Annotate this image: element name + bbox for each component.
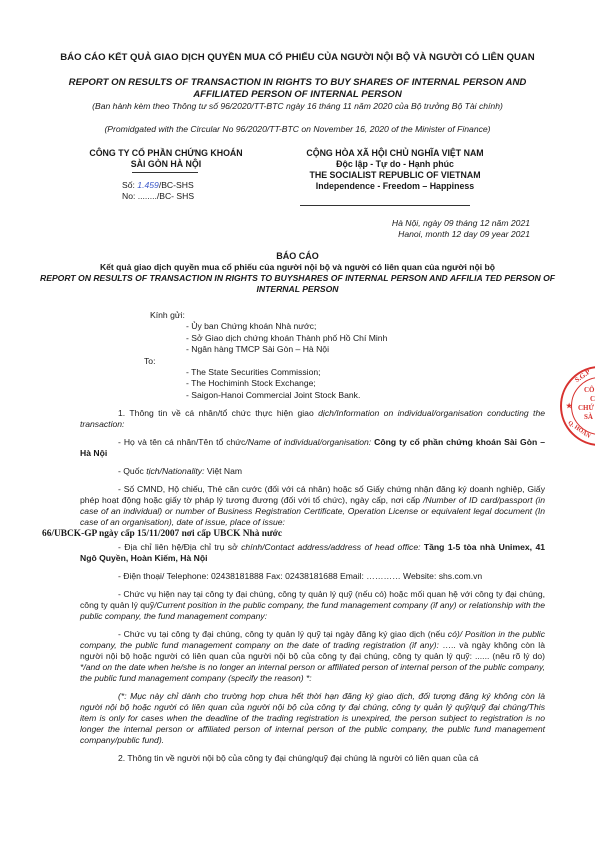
field-current-position: - Chức vụ hiện nay tại công ty đại chúng… [80, 589, 545, 622]
recipient-en: - The State Securities Commission; [150, 367, 387, 378]
report-subtitle-en: REPORT ON RESULTS OF TRANSACTION IN RIGH… [40, 273, 555, 295]
company-name: CÔNG TY CỔ PHẦN CHỨNG KHOÁN SÀI GÒN HÀ N… [86, 148, 246, 170]
footnote: (*: Mục này chỉ dành cho trường hợp chưa… [80, 691, 545, 746]
republic-header: CỘNG HÒA XÃ HỘI CHỦ NGHĨA VIỆT NAM Độc l… [280, 148, 510, 192]
document-number: Số: 1.459/BC-SHS No: ......../BC- SHS [122, 180, 194, 202]
republic-name-en: THE SOCIALIST REPUBLIC OF VIETNAM [280, 170, 510, 181]
doc-no-suffix: /BC-SHS [159, 180, 194, 190]
company-divider [132, 172, 198, 173]
report-title-en: REPORT ON RESULTS OF TRANSACTION IN RIGH… [40, 77, 555, 100]
republic-name-vn: CỘNG HÒA XÃ HỘI CHỦ NGHĨA VIỆT NAM [280, 148, 510, 159]
recipient-en: - The Hochiminh Stock Exchange; [150, 378, 387, 389]
recipients: Kính gửi: - Ủy ban Chứng khoán Nhà nước;… [150, 310, 387, 401]
dateline: Hà Nội, ngày 09 tháng 12 năm 2021 Hanoi,… [392, 218, 530, 240]
recipient-vn: - Sở Giao dịch chứng khoán Thành phố Hồ … [150, 333, 387, 344]
date-en: Hanoi, month 12 day 09 year 2021 [392, 229, 530, 240]
doc-no-en: No: ......../BC- SHS [122, 191, 194, 202]
report-subtitle-vn: Kết quả giao dịch quyền mua cổ phiếu của… [40, 262, 555, 273]
stamp-line: C [590, 395, 595, 403]
section-2-intro: 2. Thông tin về người nội bộ của công ty… [80, 753, 545, 764]
recipients-label-vn: Kính gửi: [150, 310, 387, 321]
stamp-line: CÔ [584, 386, 595, 394]
field-id-value: 66/UBCK-GP ngày cấp 15/11/2007 nơi cấp U… [42, 529, 282, 539]
recipient-en: - Saigon-Hanoi Commercial Joint Stock Ba… [150, 390, 387, 401]
field-nationality: - Quốc tịch/Nationality: Việt Nam [80, 466, 545, 477]
report-title-vn: BÁO CÁO KẾT QUẢ GIAO DỊCH QUYỀN MUA CỔ P… [60, 52, 535, 64]
field-address: - Địa chỉ liên hệ/Địa chỉ trụ sở chính/C… [80, 542, 545, 564]
republic-motto-vn: Độc lập - Tự do - Hạnh phúc [280, 159, 510, 170]
document-page: BÁO CÁO KẾT QUẢ GIAO DỊCH QUYỀN MUA CỔ P… [0, 0, 595, 842]
recipients-label-en: To: [144, 356, 387, 367]
doc-no-handwritten: 1.459 [137, 180, 159, 190]
recipient-vn: - Ngân hàng TMCP Sài Gòn – Hà Nội [150, 344, 387, 355]
date-vn: Hà Nội, ngày 09 tháng 12 năm 2021 [392, 218, 530, 229]
field-nationality-value: Việt Nam [207, 466, 242, 476]
section-1-intro: 1. Thông tin về cá nhân/tổ chức thực hiệ… [80, 408, 545, 430]
field-position-registration: - Chức vụ tại công ty đại chúng, công ty… [80, 629, 545, 684]
recipient-vn: - Ủy ban Chứng khoán Nhà nước; [150, 321, 387, 332]
stamp-line: CHỨ [578, 404, 594, 412]
field-name: - Họ và tên cá nhân/Tên tổ chức/Name of … [80, 437, 545, 459]
field-contact: - Điện thoại/ Telephone: 02438181888 Fax… [80, 571, 545, 582]
circular-reference-en: (Promidgated with the Circular No 96/202… [30, 124, 565, 135]
star-icon: ★ [566, 402, 572, 410]
stamp-line: SÀ [584, 413, 593, 421]
field-id: - Số CMND, Hộ chiếu, Thẻ căn cước (đối v… [80, 484, 545, 540]
republic-motto-en: Independence - Freedom – Happiness [280, 181, 510, 192]
circular-reference-vn: (Ban hành kèm theo Thông tư số 96/2020/T… [40, 101, 555, 112]
report-heading: BÁO CÁO [60, 251, 535, 262]
company-seal-stamp: S.G.P CÔ C CHỨ SÀ Q. HOÀN ★ [560, 366, 595, 446]
doc-no-label: Số: [122, 180, 135, 190]
republic-divider [300, 205, 470, 206]
report-body: 1. Thông tin về cá nhân/tổ chức thực hiệ… [80, 408, 545, 771]
